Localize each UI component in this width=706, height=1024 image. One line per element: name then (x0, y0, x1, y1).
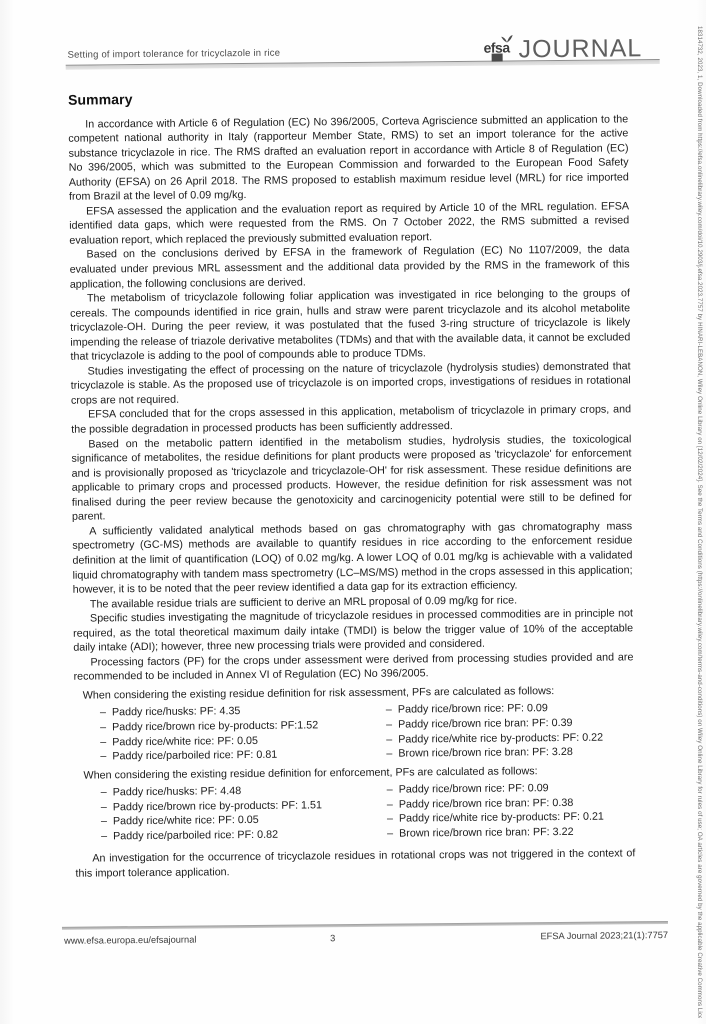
page-content: Setting of import tolerance for tricycla… (0, 0, 706, 1024)
dash-bullet: – (100, 720, 112, 735)
wiley-license-strip: 18314732, 2023, 1, Downloaded from https… (696, 26, 703, 1018)
summary-section: Summary In accordance with Article 6 of … (68, 87, 636, 881)
scanned-page: Setting of import tolerance for tricycla… (0, 0, 706, 1024)
efsa-logo-mark: efsa (483, 30, 517, 62)
pf-value: Paddy rice/white rice: PF: 0.05 (112, 733, 258, 749)
efsa-logo-square (492, 54, 503, 62)
dash-bullet: – (100, 749, 112, 764)
dash-bullet: – (386, 747, 398, 762)
pf-value: Paddy rice/husks: PF: 4.35 (112, 705, 241, 721)
pf-value: Paddy rice/brown rice bran: PF: 0.39 (398, 716, 573, 732)
pf-value: Brown rice/brown rice bran: PF: 3.22 (399, 825, 574, 841)
dash-bullet: – (100, 735, 112, 750)
list-item: –Brown rice/brown rice bran: PF: 3.28 (386, 744, 634, 761)
risk-assessment-list-intro: When considering the existing residue de… (74, 683, 634, 703)
pf-value: Paddy rice/white rice: PF: 0.05 (113, 813, 259, 829)
pf-value: Paddy rice/brown rice: PF: 0.09 (399, 781, 549, 797)
pf-value: Paddy rice/parboiled rice: PF: 0.81 (112, 748, 277, 764)
paragraph: Based on the metabolic pattern identifie… (71, 432, 632, 525)
page-footer: www.efsa.europa.eu/efsajournal 3 EFSA Jo… (62, 921, 668, 953)
pf-value: Paddy rice/brown rice: PF: 0.09 (398, 702, 548, 718)
dash-bullet: – (101, 815, 113, 830)
enforcement-list-intro: When considering the existing residue de… (74, 763, 634, 783)
paragraph: In accordance with Article 6 of Regulati… (68, 112, 629, 205)
dash-bullet: – (101, 800, 113, 815)
dash-bullet: – (386, 703, 398, 718)
paragraph: A sufficiently validated analytical meth… (72, 519, 633, 597)
list-item: –Paddy rice/parboiled rice: PF: 0.82 (101, 826, 387, 843)
dash-bullet: – (101, 785, 113, 800)
journal-citation: EFSA Journal 2023;21(1):7757 (540, 930, 668, 941)
paragraph: Specific studies investigating the magni… (73, 606, 633, 655)
dash-bullet: – (386, 732, 398, 747)
dash-bullet: – (101, 829, 113, 844)
dash-bullet: – (387, 812, 399, 827)
pf-value: Paddy rice/husks: PF: 4.48 (113, 784, 242, 800)
paragraph: Based on the conclusions derived by EFSA… (69, 243, 629, 292)
list-item: –Paddy rice/parboiled rice: PF: 0.81 (100, 747, 386, 764)
risk-assessment-pf-list: –Paddy rice/husks: PF: 4.35 –Paddy rice/… (100, 701, 635, 764)
dash-bullet: – (386, 718, 398, 733)
dash-bullet: – (387, 826, 399, 841)
dash-bullet: – (387, 783, 399, 798)
paragraph: The metabolism of tricyclazole following… (70, 286, 631, 364)
dash-bullet: – (100, 706, 112, 721)
pf-value: Paddy rice/brown rice bran: PF: 0.38 (399, 796, 574, 812)
journal-logo-text: JOURNAL (518, 36, 642, 62)
page-number: 3 (330, 933, 335, 943)
footer-url: www.efsa.europa.eu/efsajournal (64, 935, 196, 946)
list-item: –Brown rice/brown rice bran: PF: 3.22 (387, 824, 635, 841)
section-title: Summary (68, 87, 628, 107)
closing-paragraph: An investigation for the occurrence of t… (75, 847, 635, 881)
paragraph: EFSA assessed the application and the ev… (69, 199, 629, 248)
footer-divider (62, 921, 668, 930)
paragraph: Studies investigating the effect of proc… (71, 359, 631, 408)
paragraph: Processing factors (PF) for the crops un… (73, 650, 633, 684)
running-title: Setting of import tolerance for tricycla… (68, 48, 281, 61)
enforcement-pf-list: –Paddy rice/husks: PF: 4.48 –Paddy rice/… (101, 780, 636, 843)
dash-bullet: – (387, 797, 399, 812)
pf-value: Brown rice/brown rice bran: PF: 3.28 (398, 745, 573, 761)
efsa-journal-logo: efsa JOURNAL (483, 27, 642, 63)
pf-value: Paddy rice/parboiled rice: PF: 0.82 (113, 828, 278, 844)
